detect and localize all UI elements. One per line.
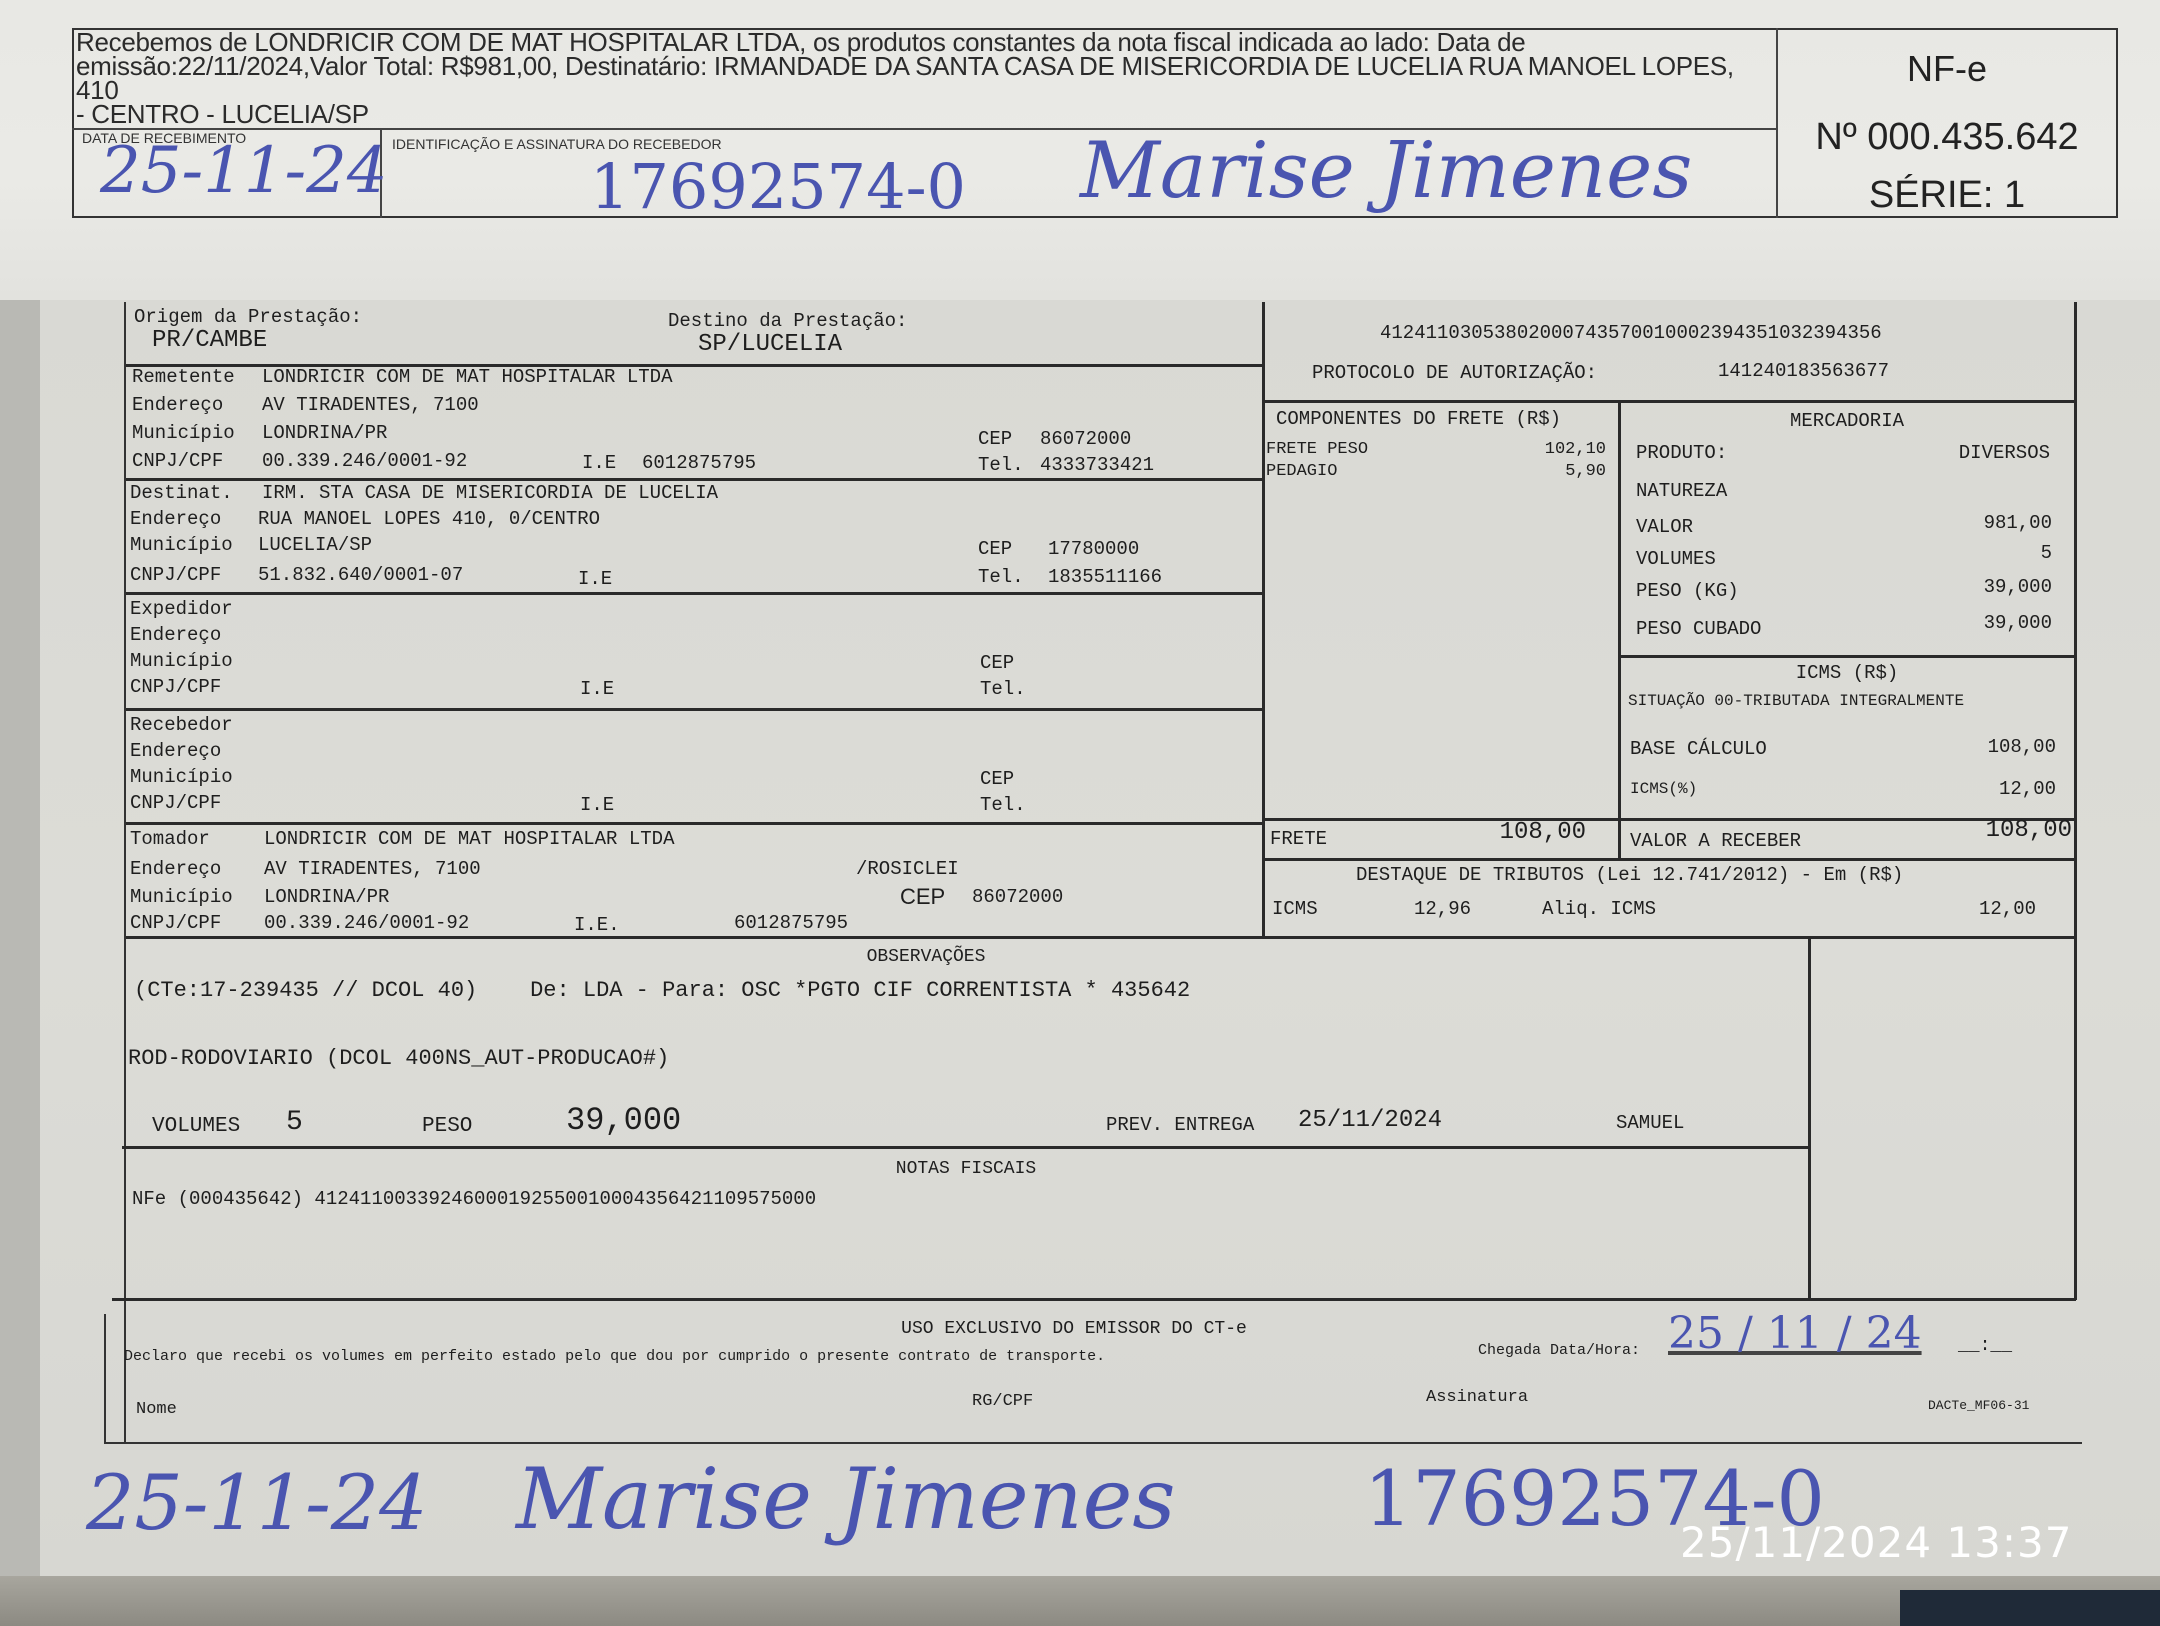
expedidor-address-label: Endereço: [130, 622, 221, 648]
tax-icms-value: 12,96: [1414, 896, 1471, 922]
icms-rate-value: 12,00: [1850, 776, 2056, 802]
freight-item-label: PEDAGIO: [1266, 462, 1337, 481]
tax-icms-label: ICMS: [1272, 896, 1318, 922]
tomador-address-label: Endereço: [130, 856, 221, 882]
handwritten-bottom-signature: Marise Jimenes: [516, 1450, 1175, 1548]
expedidor-cep-label: CEP: [980, 650, 1014, 676]
weight-value: 39,000: [1850, 574, 2052, 600]
destinatario-cep: 17780000: [1048, 536, 1139, 562]
handwritten-receipt-id: 17692574-0: [590, 150, 966, 223]
divider: [1618, 400, 1621, 858]
destinatario-address-label: Endereço: [130, 506, 221, 532]
remetente-cnpj-label: CNPJ/CPF: [132, 448, 223, 474]
arrival-time-blank: __:__: [1958, 1336, 2012, 1356]
merchandise-title: MERCADORIA: [1622, 408, 2072, 434]
icms-situation: SITUAÇÃO 00-TRIBUTADA INTEGRALMENTE: [1628, 692, 1964, 710]
cubed-weight-value: 39,000: [1850, 610, 2052, 636]
tomador-cnpj-label: CNPJ/CPF: [130, 910, 221, 936]
tax-aliq-label: Aliq. ICMS: [1542, 896, 1656, 922]
weight-label: PESO (KG): [1636, 578, 1739, 604]
divider: [126, 822, 1264, 825]
nature-label: NATUREZA: [1636, 478, 1727, 504]
tomador-cep: 86072000: [972, 884, 1063, 910]
remetente-name: LONDRICIR COM DE MAT HOSPITALAR LTDA: [262, 364, 672, 390]
tomador-city-label: Município: [130, 884, 233, 910]
recebedor-city-label: Município: [130, 764, 233, 790]
obs-weight-value: 39,000: [566, 1108, 681, 1134]
protocol-label: PROTOCOLO DE AUTORIZAÇÃO:: [1312, 360, 1597, 386]
divider: [104, 1442, 2082, 1444]
remetente-ie-label: I.E: [582, 450, 616, 476]
invoices-title: NOTAS FISCAIS: [126, 1156, 1806, 1182]
destinatario-name: IRM. STA CASA DE MISERICORDIA DE LUCELIA: [262, 480, 718, 506]
remetente-label: Remetente: [132, 364, 235, 390]
obs-volumes-label: VOLUMES: [152, 1114, 240, 1140]
protocol-value: 141240183563677: [1718, 358, 1889, 384]
divider: [126, 592, 1264, 595]
destinatario-ie-label: I.E: [578, 566, 612, 592]
remetente-city-label: Município: [132, 420, 235, 446]
expedidor-label: Expedidor: [130, 596, 233, 622]
divider: [1808, 936, 1811, 1300]
delivery-date: 25/11/2024: [1298, 1108, 1442, 1134]
destination-value: SP/LUCELIA: [698, 332, 842, 358]
form-code: DACTe_MF06-31: [1928, 1398, 2029, 1413]
freight-total-value: 108,00: [1430, 820, 1586, 846]
remetente-cep-label: CEP: [978, 426, 1012, 452]
table-surface: [0, 1576, 2160, 1626]
divider: [2074, 302, 2077, 938]
divider: [1262, 400, 2076, 403]
expedidor-city-label: Município: [130, 648, 233, 674]
remetente-address-label: Endereço: [132, 392, 223, 418]
recebedor-tel-label: Tel.: [980, 792, 1026, 818]
divider: [2074, 936, 2077, 1300]
destinatario-tel-label: Tel.: [978, 564, 1024, 590]
recebedor-cnpj-label: CNPJ/CPF: [130, 790, 221, 816]
signature-label: Assinatura: [1426, 1388, 1528, 1407]
dark-object: [1900, 1590, 2160, 1626]
value-label: VALOR: [1636, 514, 1693, 540]
nfe-number: Nº 000.435.642: [1776, 116, 2118, 159]
tax-aliq-value: 12,00: [1850, 896, 2036, 922]
volumes-value: 5: [1850, 540, 2052, 566]
expedidor-cnpj-label: CNPJ/CPF: [130, 674, 221, 700]
origin-value: PR/CAMBE: [152, 328, 267, 354]
freight-item-value: 5,90: [1480, 462, 1606, 481]
tomador-label: Tomador: [130, 826, 210, 852]
divider: [1618, 655, 2076, 658]
recebedor-ie-label: I.E: [580, 792, 614, 818]
cubed-weight-label: PESO CUBADO: [1636, 616, 1761, 642]
access-key: 4124110305380200074357001000239435103239…: [1380, 320, 1882, 346]
freight-components-title: COMPONENTES DO FRETE (R$): [1276, 406, 1561, 432]
tomador-cnpj: 00.339.246/0001-92: [264, 910, 469, 936]
nfe-series: SÉRIE: 1: [1776, 174, 2118, 217]
photo-timestamp: 25/11/2024 13:37: [1680, 1518, 2072, 1567]
handwritten-bottom-date: 25-11-24: [86, 1458, 427, 1547]
expedidor-tel-label: Tel.: [980, 676, 1026, 702]
freight-item-value: 102,10: [1480, 440, 1606, 459]
remetente-address: AV TIRADENTES, 7100: [262, 392, 479, 418]
divider: [112, 1298, 2076, 1301]
observations-line2: ROD-RODOVIARIO (DCOL 400NS_AUT-PRODUCAO#…: [128, 1046, 669, 1072]
destinatario-address: RUA MANOEL LOPES 410, 0/CENTRO: [258, 506, 600, 532]
handwritten-receipt-date: 25-11-24: [100, 134, 388, 208]
divider: [126, 936, 2076, 939]
stub-text-line: - CENTRO - LUCELIA/SP: [76, 102, 1776, 126]
stub-text-line: emissão:22/11/2024,Valor Total: R$981,00…: [76, 54, 1776, 102]
tomador-ie-label: I.E.: [574, 912, 620, 938]
tomador-address-extra: /ROSICLEI: [856, 856, 959, 882]
divider: [126, 708, 1264, 711]
obs-volumes-value: 5: [286, 1110, 303, 1136]
remetente-ie: 6012875795: [642, 450, 756, 476]
delivery-label: PREV. ENTREGA: [1106, 1112, 1254, 1138]
freight-total-label: FRETE: [1270, 826, 1327, 852]
tomador-name: LONDRICIR COM DE MAT HOSPITALAR LTDA: [264, 826, 674, 852]
icms-base-label: BASE CÁLCULO: [1630, 736, 1767, 762]
tomador-cep-label: CEP: [900, 884, 945, 910]
receivable-label: VALOR A RECEBER: [1630, 828, 1801, 854]
tax-details-title: DESTAQUE DE TRIBUTOS (Lei 12.741/2012) -…: [1356, 862, 1903, 888]
invoice-line: NFe (000435642) 412411003392460001925500…: [132, 1186, 816, 1212]
nfe-title: NF-e: [1776, 48, 2118, 90]
obs-weight-label: PESO: [422, 1114, 472, 1140]
remetente-tel: 4333733421: [1040, 452, 1154, 478]
tomador-address: AV TIRADENTES, 7100: [264, 856, 481, 882]
icms-title: ICMS (R$): [1622, 660, 2072, 686]
arrival-label: Chegada Data/Hora:: [1478, 1342, 1640, 1359]
handwritten-arrival-date: 25 / 11 / 24: [1668, 1308, 1922, 1359]
destinatario-cep-label: CEP: [978, 536, 1012, 562]
recebedor-address-label: Endereço: [130, 738, 221, 764]
remetente-city: LONDRINA/PR: [262, 420, 387, 446]
freight-item-label: FRETE PESO: [1266, 440, 1368, 459]
product-value: DIVERSOS: [1850, 440, 2050, 466]
observations-title: OBSERVAÇÕES: [126, 944, 1726, 970]
name-label: Nome: [136, 1400, 177, 1419]
icms-base-value: 108,00: [1850, 734, 2056, 760]
merchandise-value: 981,00: [1850, 510, 2052, 536]
expedidor-ie-label: I.E: [580, 676, 614, 702]
divider: [122, 1146, 1810, 1149]
tomador-city: LONDRINA/PR: [264, 884, 389, 910]
destinatario-tel: 1835511166: [1048, 564, 1162, 590]
remetente-tel-label: Tel.: [978, 452, 1024, 478]
handwritten-signature: Marise Jimenes: [1080, 126, 1692, 216]
driver-name: SAMUEL: [1616, 1110, 1684, 1136]
observations-line1: (CTe:17-239435 // DCOL 40) De: LDA - Par…: [134, 978, 1190, 1004]
remetente-cnpj: 00.339.246/0001-92: [262, 448, 467, 474]
destinatario-cnpj-label: CNPJ/CPF: [130, 562, 221, 588]
divider: [1262, 858, 2076, 861]
product-label: PRODUTO:: [1636, 440, 1727, 466]
declaration-text: Declaro que recebi os volumes em perfeit…: [124, 1348, 1105, 1365]
destinatario-label: Destinat.: [130, 480, 233, 506]
volumes-label: VOLUMES: [1636, 546, 1716, 572]
icms-rate-label: ICMS(%): [1630, 780, 1697, 798]
destinatario-city-label: Município: [130, 532, 233, 558]
divider: [1262, 302, 1265, 938]
recebedor-cep-label: CEP: [980, 766, 1014, 792]
receipt-stub-text: Recebemos de LONDRICIR COM DE MAT HOSPIT…: [76, 30, 1776, 126]
destinatario-cnpj: 51.832.640/0001-07: [258, 562, 463, 588]
tomador-ie: 6012875795: [734, 910, 848, 936]
recebedor-label: Recebedor: [130, 712, 233, 738]
receivable-value: 108,00: [1850, 818, 2072, 844]
destinatario-city: LUCELIA/SP: [258, 532, 372, 558]
remetente-cep: 86072000: [1040, 426, 1131, 452]
rg-label: RG/CPF: [972, 1392, 1033, 1411]
